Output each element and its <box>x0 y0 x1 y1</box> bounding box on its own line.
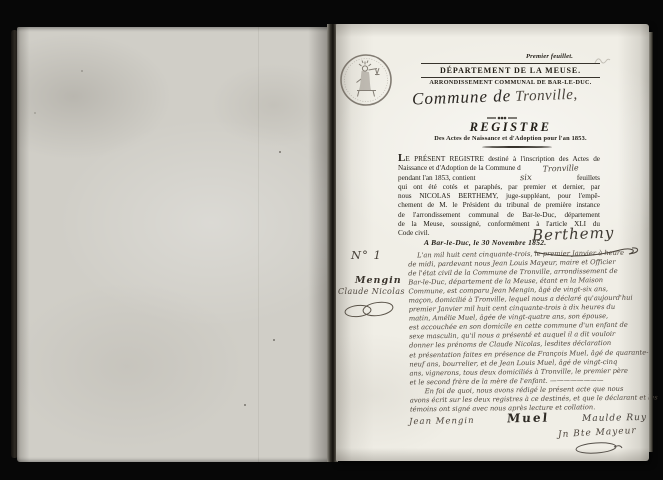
preamble-line: pendant l'an 1853, contientsixfeuillets <box>398 174 600 183</box>
scanned-register-photo: Premier feuillet. DÉPARTEMENT DE LA MEUS… <box>0 0 663 480</box>
preamble-line: nous NICOLAS BERTHEMY, juge-suppléant, p… <box>398 192 600 201</box>
divider-rule <box>421 77 600 78</box>
handwritten-folio-count: six <box>520 173 532 183</box>
act-margin-surname: Mengin <box>355 275 402 286</box>
department-title: DÉPARTEMENT DE LA MEUSE. <box>421 66 600 75</box>
page-crease <box>258 27 259 462</box>
act-margin-firstnames: Claude Nicolas <box>338 287 405 296</box>
register-subtitle: Des Actes de Naissance et d'Adoption pou… <box>398 135 623 142</box>
paper-speck <box>279 151 281 153</box>
paper-speck <box>34 112 36 114</box>
paper-speck <box>273 339 275 341</box>
justice-stamp-icon <box>339 53 393 107</box>
signature-mayor: Jn Bte Mayeur <box>558 426 637 440</box>
sheet-label: Premier feuillet. <box>526 53 573 60</box>
preamble-line: Naissance et d'Adoption de la Commune dT… <box>398 164 600 173</box>
commune-line: Commune de Tronville, <box>412 83 613 110</box>
divider-rule <box>421 63 600 64</box>
mayor-paraph <box>572 441 624 455</box>
dateline: A Bar-le-Duc, le 30 Novembre 1852. <box>424 238 546 247</box>
preamble-line: de l'arrondissement communal de Bar-le-D… <box>398 211 600 220</box>
signature-declarant: Jean Mengin <box>409 416 475 427</box>
preamble-line: qui ont été cotés et paraphés, par premi… <box>398 183 600 192</box>
register-title: REGISTRE <box>421 120 600 135</box>
commune-printed-label: Commune de <box>412 86 512 108</box>
page-stack-edge <box>649 32 653 452</box>
judge-signature: Berthemy <box>532 224 615 245</box>
left-page-blank <box>17 27 330 462</box>
commune-handwritten-name: Tronville, <box>515 87 578 105</box>
act-number: N° 1 <box>351 248 382 262</box>
paper-speck <box>81 70 83 72</box>
divider-rule-short <box>482 146 552 148</box>
signature-witness-1: Muel <box>507 411 550 426</box>
margin-paraph-loops <box>342 299 400 321</box>
right-page-register: Premier feuillet. DÉPARTEMENT DE LA MEUS… <box>336 24 649 461</box>
birth-act-text: L'an mil huit cent cinquante-trois, le p… <box>408 249 648 415</box>
preamble-line: chement de M. le Président du tribunal d… <box>398 201 600 210</box>
act-signatures-row: Jean Mengin Muel Maulde Ruy <box>409 409 647 427</box>
paper-speck <box>244 404 246 406</box>
signature-witness-2: Maulde Ruy <box>582 413 647 424</box>
